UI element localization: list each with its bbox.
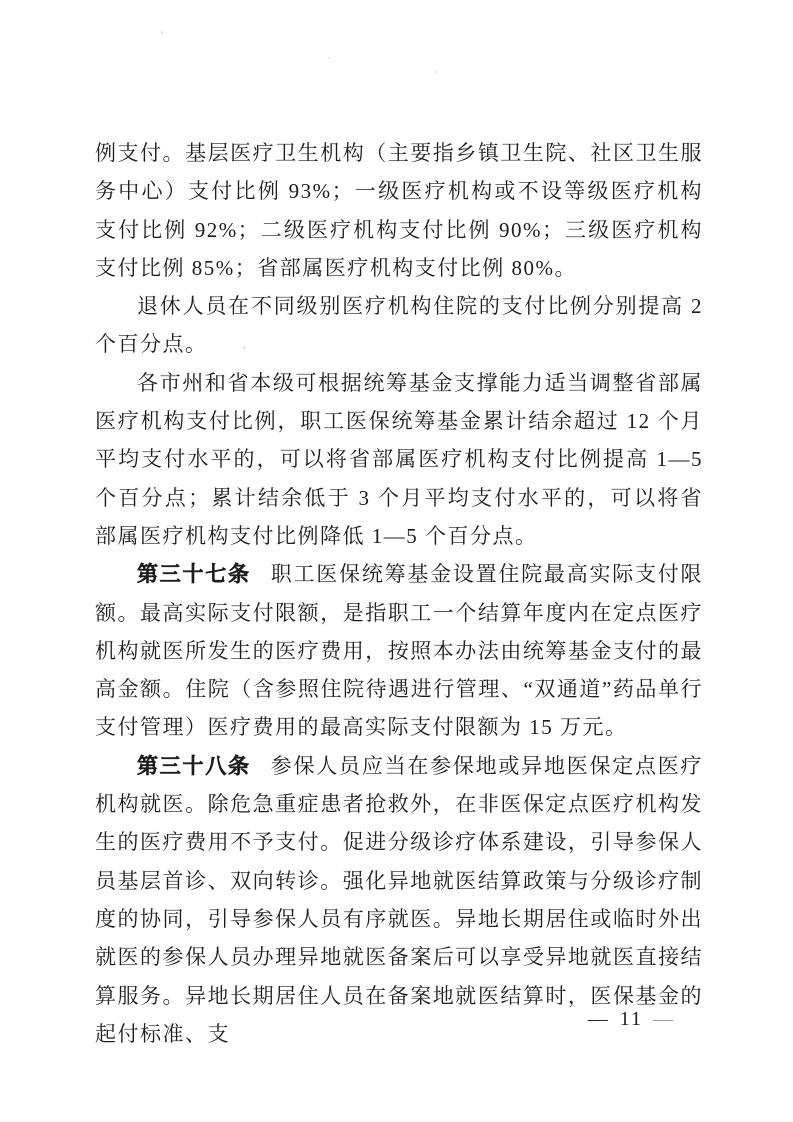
paragraph-text: 各市州和省本级可根据统筹基金支撑能力适当调整省部属医疗机构支付比例，职工医保统筹… (95, 371, 703, 548)
paragraph-continuation: 例支付。基层医疗卫生机构（主要指乡镇卫生院、社区卫生服务中心）支付比例 93%；… (95, 134, 703, 287)
paragraph-text: 职工医保统筹基金设置住院最高实际支付限额。最高实际支付限额，是指职工一个结算年度… (95, 562, 703, 739)
body-text: 例支付。基层医疗卫生机构（主要指乡镇卫生院、社区卫生服务中心）支付比例 93%；… (95, 134, 703, 1053)
document-page: 例支付。基层医疗卫生机构（主要指乡镇卫生院、社区卫生服务中心）支付比例 93%；… (0, 0, 793, 1122)
page-number: 11 (620, 1008, 643, 1030)
page-footer: —11— (588, 1004, 675, 1034)
scan-speck (161, 31, 163, 34)
article-38-number: 第三十八条 (137, 754, 251, 778)
scan-speck (328, 57, 330, 59)
footer-dash-right: — (643, 1008, 675, 1030)
paragraph-text: 参保人员应当在参保地或异地医保定点医疗机构就医。除危急重症患者抢救外，在非医保定… (95, 754, 703, 1046)
footer-dash-left: — (588, 1008, 620, 1030)
paragraph-article-37: 第三十七条职工医保统筹基金设置住院最高实际支付限额。最高实际支付限额，是指职工一… (95, 555, 703, 746)
paragraph-retiree: 退休人员在不同级别医疗机构住院的支付比例分别提高 2 个百分点。 (95, 287, 703, 364)
article-37-number: 第三十七条 (137, 562, 251, 586)
paragraph-text: 退休人员在不同级别医疗机构住院的支付比例分别提高 2 个百分点。 (95, 294, 703, 356)
paragraph-adjustment: 各市州和省本级可根据统筹基金支撑能力适当调整省部属医疗机构支付比例，职工医保统筹… (95, 364, 703, 555)
scan-speck (435, 71, 437, 73)
paragraph-text: 例支付。基层医疗卫生机构（主要指乡镇卫生院、社区卫生服务中心）支付比例 93%；… (95, 141, 703, 280)
